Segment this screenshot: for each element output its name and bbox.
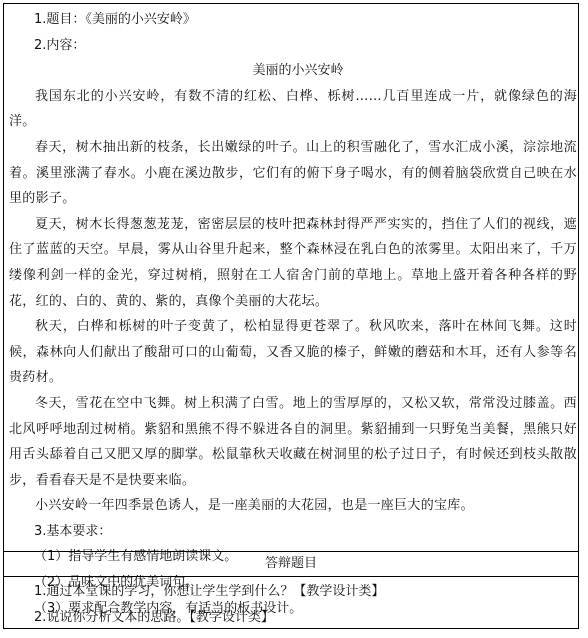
defense-question: 1.通过本堂课的学习，你想让学生学到什么？【教学设计类】 bbox=[34, 579, 384, 605]
defense-questions-list: 1.通过本堂课的学习，你想让学生学到什么？【教学设计类】 2.说说你分析文本的思… bbox=[34, 579, 384, 631]
paragraph-spring: 春天，树木抽出新的枝条，长出嫩绿的叶子。山上的积雪融化了，雪水汇成小溪，淙淙地流… bbox=[9, 135, 577, 212]
paragraph-intro: 我国东北的小兴安岭，有数不清的红松、白桦、栎树……几百里连成一片，就像绿色的海洋… bbox=[9, 84, 577, 135]
paragraph-summer: 夏天，树木长得葱葱茏茏，密密层层的枝叶把森林封得严严实实的，挡住了人们的视线，遮… bbox=[9, 212, 577, 314]
topic-label: 1.题目：《美丽的小兴安岭》 bbox=[9, 7, 577, 33]
requirements-label: 3.基本要求： bbox=[9, 519, 577, 545]
defense-header: 答辩题目 bbox=[4, 551, 578, 577]
exam-table: 1.题目：《美丽的小兴安岭》 2.内容： 美丽的小兴安岭 我国东北的小兴安岭，有… bbox=[3, 3, 579, 629]
defense-question: 2.说说你分析文本的思路。【教学设计类】 bbox=[34, 605, 384, 631]
content-cell: 1.题目：《美丽的小兴安岭》 2.内容： 美丽的小兴安岭 我国东北的小兴安岭，有… bbox=[4, 4, 578, 551]
paragraph-autumn: 秋天，白桦和栎树的叶子变黄了，松柏显得更苍翠了。秋风吹来，落叶在林间飞舞。这时候… bbox=[9, 314, 577, 391]
passage-title: 美丽的小兴安岭 bbox=[9, 58, 577, 84]
paragraph-winter: 冬天，雪花在空中飞舞。树上积满了白雪。地上的雪厚厚的，又松又软，常常没过膝盖。西… bbox=[9, 391, 577, 493]
defense-questions-cell: 1.通过本堂课的学习，你想让学生学到什么？【教学设计类】 2.说说你分析文本的思… bbox=[4, 577, 578, 628]
content-body: 1.题目：《美丽的小兴安岭》 2.内容： 美丽的小兴安岭 我国东北的小兴安岭，有… bbox=[9, 7, 577, 621]
paragraph-conclusion: 小兴安岭一年四季景色诱人，是一座美丽的大花园，也是一座巨大的宝库。 bbox=[9, 493, 577, 519]
content-label: 2.内容： bbox=[9, 33, 577, 59]
